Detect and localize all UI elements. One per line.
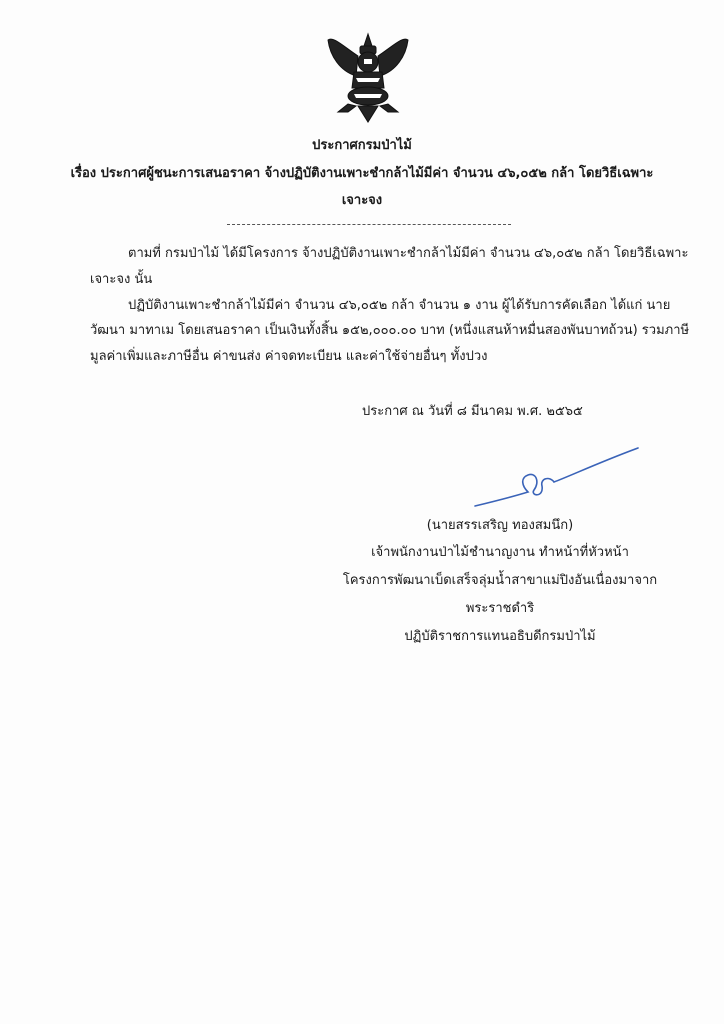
- paragraph-1-line-1: ตามที่ กรมป่าไม้ ได้มีโครงการ จ้างปฏิบัต…: [128, 246, 688, 262]
- separator-line: [227, 224, 511, 225]
- signature-icon: [470, 442, 640, 512]
- signatory-position-3: พระราชดำริ: [350, 601, 650, 617]
- announcement-title: ประกาศกรมป่าไม้: [0, 138, 724, 154]
- paragraph-2-line-3: มูลค่าเพิ่มและภาษีอื่น ค่าขนส่ง ค่าจดทะเ…: [90, 349, 487, 365]
- subject-line: เรื่อง ประกาศผู้ชนะการเสนอราคา จ้างปฏิบั…: [0, 166, 724, 182]
- paragraph-2-line-1: ปฏิบัติงานเพาะชำกล้าไม้มีค่า จำนวน ๔๖,๐๕…: [128, 298, 670, 314]
- announcement-date: ประกาศ ณ วันที่ ๘ มีนาคม พ.ศ. ๒๕๖๕: [362, 404, 583, 420]
- subject-line-continued: เจาะจง: [0, 193, 724, 209]
- paragraph-2-line-2: วัฒนา มาทาเม โดยเสนอราคา เป็นเงินทั้งสิ้…: [90, 323, 689, 339]
- document-page: ประกาศกรมป่าไม้ เรื่อง ประกาศผู้ชนะการเส…: [0, 0, 724, 1024]
- signatory-position-1: เจ้าพนักงานป่าไม้ชำนาญงาน ทำหน้าที่หัวหน…: [350, 545, 650, 561]
- signatory-name: (นายสรรเสริญ ทองสมนึก): [350, 518, 650, 534]
- signatory-position-2: โครงการพัฒนาเบ็ดเสร็จลุ่มน้ำสาขาแม่ปิงอั…: [330, 573, 670, 589]
- garuda-emblem-icon: [318, 26, 418, 126]
- paragraph-1-line-2: เจาะจง นั้น: [90, 272, 152, 288]
- signatory-position-4: ปฏิบัติราชการแทนอธิบดีกรมป่าไม้: [350, 629, 650, 645]
